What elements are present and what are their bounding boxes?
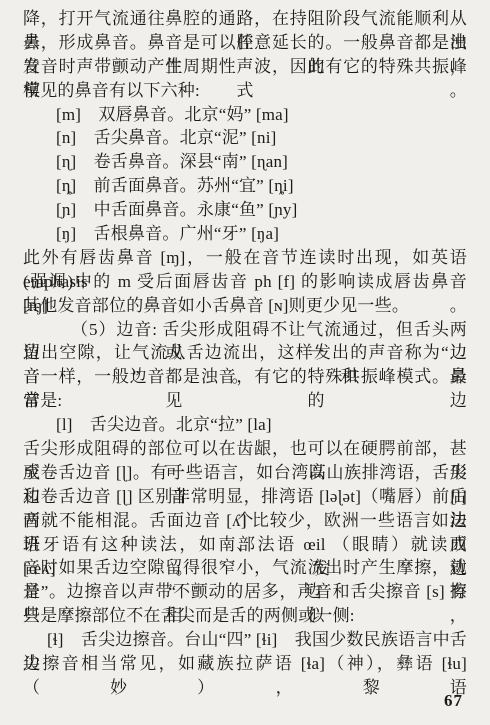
text-line: [n] 舌尖鼻音。北京“泥” [ni] [23,126,467,150]
text-line: 边擦音相当常见，如藏族拉萨语 [ɬa]（神），彝语 [ɬu]（妙），黎语 [23,652,467,676]
text-line: （5）边音: 舌尖形成阻碍不让气流通过，但舌头两边或一边 [23,318,467,342]
text-line: 去，形成鼻音。鼻音是可以任意延长的。一般鼻音都是浊音性的， [23,31,467,55]
text-line: [ɲ] 中舌面鼻音。永康“鱼” [ɲy] [23,198,467,222]
text-line: 留出空隙，让气流从舌边流出，这样发出的声音称为“边音”。和鼻 [23,341,467,365]
text-line: [ɳ] 卷舌鼻音。深县“南” [ɳan] [23,150,467,174]
text-line: 音时如果舌边空隙留得很窄小，气流流出时产生摩擦，就是“边擦 [23,556,467,580]
page-number: 67 [444,691,463,711]
text-line: 和卷舌边音 [ɭ] 区别非常明显，排湾语 [ləɭət]（嘴唇）前后两个边 [23,485,467,509]
text-line: 其他发音部位的鼻音如小舌鼻音 [ɴ]则更少见一些。 [23,294,467,318]
text-line: 成卷舌边音 [ɭ]。有一些语言，如台湾高山族排湾语，舌尖边音 [l] [23,461,467,485]
text-line: [ŋ] 舌根鼻音。广州“牙” [ŋa] [23,222,467,246]
text-line: 音一样，一般边音都是浊音，有它的特殊共振峰模式。最常见的边 [23,365,467,389]
text-line: [l] 舌尖边音。北京“拉” [la] [23,413,467,437]
text-line: [ȵ] 前舌面鼻音。苏州“宜” [ȵi] [23,174,467,198]
text-line: 降，打开气流通往鼻腔的通路，在持阻阶段气流能顺利从鼻腔出 [23,7,467,31]
text-line: 音就不能相混。舌面边音 [ʎ] 比较少，欧洲一些语言如法语、西 [23,509,467,533]
text-line: 班牙语有这种读法，如南部法语 œil （眼睛）就读成 [œʎ]。发边 [23,533,467,557]
text-line: 音”。边擦音以声带不颤动的居多，声音和舌尖擦音 [s] 有些相似， [23,580,467,604]
text-line: (强调)中的 m 受后面唇齿音 ph [f] 的影响读成唇齿鼻音 [ɱ]。 [23,270,467,294]
text-line: 此外有唇齿鼻音 [ɱ]，一般在音节连读时出现，如英语 emphasis [23,246,467,270]
text-line: [ɬ] 舌尖边擦音。台山“四” [ɬi] 我国少数民族语言中舌尖 [23,628,467,652]
page-text-block: 降，打开气流通往鼻腔的通路，在持阻阶段气流能顺利从鼻腔出去，形成鼻音。鼻音是可以… [23,7,467,676]
text-line: 舌尖形成阻碍的部位可以在齿龈，也可以在硬腭前部，甚至可以形 [23,437,467,461]
book-page: 降，打开气流通往鼻腔的通路，在持阻阶段气流能顺利从鼻腔出去，形成鼻音。鼻音是可以… [0,0,490,725]
text-line: [m] 双唇鼻音。北京“妈” [ma] [23,103,467,127]
text-line: 发音时声带颤动产生周期性声波，因此有它的特殊共振峰模式。 [23,55,467,79]
